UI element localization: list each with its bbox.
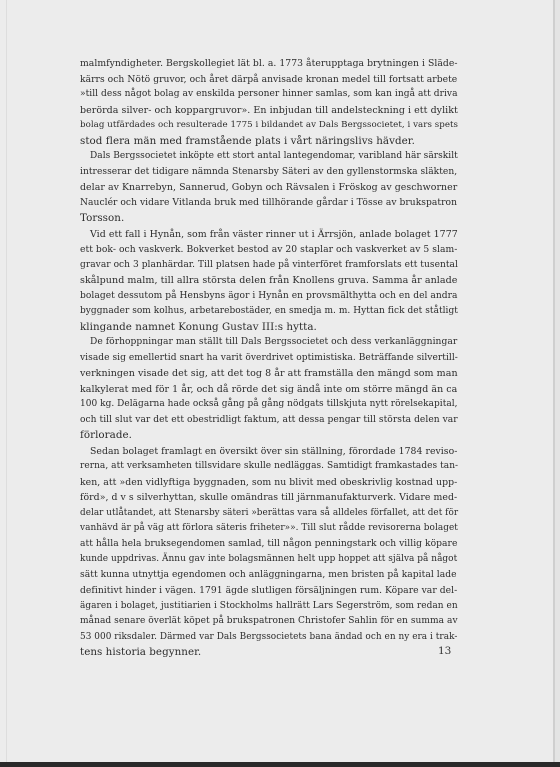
text-line: »till dess något bolag av enskilda perso…: [80, 87, 454, 103]
text-line: berörda silver- och koppargruvor». En in…: [80, 103, 454, 119]
text-line: Vid ett fall i Hynån, som från väster ri…: [80, 227, 454, 243]
paragraph: malmfyndigheter. Bergskollegiet lät bl. …: [80, 56, 454, 149]
text-line: bolag utfärdades och resulterade 1775 i …: [80, 118, 454, 134]
text-line: verkningen visade det sig, att det tog 8…: [80, 366, 454, 382]
text-line: tens historia begynner.: [80, 645, 454, 661]
text-line: delar utlåtandet, att Stenarsby säteri »…: [80, 506, 454, 522]
text-line: månad senare överlät köpet på brukspatro…: [80, 614, 454, 630]
paragraph: Vid ett fall i Hynån, som från väster ri…: [80, 227, 454, 336]
text-line: kärrs och Nötö gruvor, och året därpå an…: [80, 72, 454, 88]
text-line: ett bok- och vaskverk. Bokverket bestod …: [80, 242, 454, 258]
text-line: Sedan bolaget framlagt en översikt över …: [80, 444, 454, 460]
text-line: stod flera män med framstående plats i v…: [80, 134, 454, 150]
text-line: Torsson.: [80, 211, 454, 227]
text-line: skålpund malm, till allra största delen …: [80, 273, 454, 289]
text-line: gravar och 3 planhärdar. Till platsen ha…: [80, 258, 454, 274]
text-line: bolaget dessutom på Hensbyns ägor i Hynå…: [80, 289, 454, 305]
page-edge-right-outer: [555, 0, 560, 762]
text-line: ken, att »den vidlyftiga byggnaden, som …: [80, 475, 454, 491]
text-line: byggnader som kolhus, arbetarebostäder, …: [80, 304, 454, 320]
text-line: 53 000 riksdaler. Därmed var Dals Bergss…: [80, 630, 454, 646]
text-line: sätt kunna utnyttja egendomen och anlägg…: [80, 568, 454, 584]
body-text: malmfyndigheter. Bergskollegiet lät bl. …: [80, 56, 454, 661]
text-line: och till slut var det ett obestridligt f…: [80, 413, 454, 429]
page-edge-right: [553, 0, 555, 762]
page-number: 13: [438, 645, 451, 657]
text-line: klingande namnet Konung Gustav III:s hyt…: [80, 320, 454, 336]
paragraph: Sedan bolaget framlagt en översikt över …: [80, 444, 454, 661]
text-line: Nauclér och vidare Vitlanda bruk med til…: [80, 196, 454, 212]
text-line: vanhävd är på väg att förlora säteris fr…: [80, 521, 454, 537]
text-line: intresserar det tidigare nämnda Stenarsb…: [80, 165, 454, 181]
text-line: rerna, att verksamheten tillsvidare skul…: [80, 459, 454, 475]
paragraph: Dals Bergssocietet inköpte ett stort ant…: [80, 149, 454, 227]
text-line: kunde uppdrivas. Ännu gav inte bolagsmän…: [80, 552, 454, 568]
text-line: Dals Bergssocietet inköpte ett stort ant…: [80, 149, 454, 165]
page-bottom-edge: [0, 762, 560, 767]
text-line: ägaren i bolaget, justitiarien i Stockho…: [80, 599, 454, 615]
paragraph: De förhoppningar man ställt till Dals Be…: [80, 335, 454, 444]
text-line: De förhoppningar man ställt till Dals Be…: [80, 335, 454, 351]
text-line: 100 kg. Delägarna hade också gång på gån…: [80, 397, 454, 413]
page-edge-left: [6, 0, 7, 762]
text-line: förlorade.: [80, 428, 454, 444]
text-line: delar av Knarrebyn, Sannerud, Gobyn och …: [80, 180, 454, 196]
text-line: malmfyndigheter. Bergskollegiet lät bl. …: [80, 56, 454, 72]
text-line: förd», d v s silverhyttan, skulle omändr…: [80, 490, 454, 506]
text-line: visade sig emellertid snart ha varit öve…: [80, 351, 454, 367]
text-line: kalkylerat med för 1 år, och då rörde de…: [80, 382, 454, 398]
text-line: att hålla hela bruksegendomen samlad, ti…: [80, 537, 454, 553]
text-line: definitivt hinder i vägen. 1791 ägde slu…: [80, 583, 454, 599]
